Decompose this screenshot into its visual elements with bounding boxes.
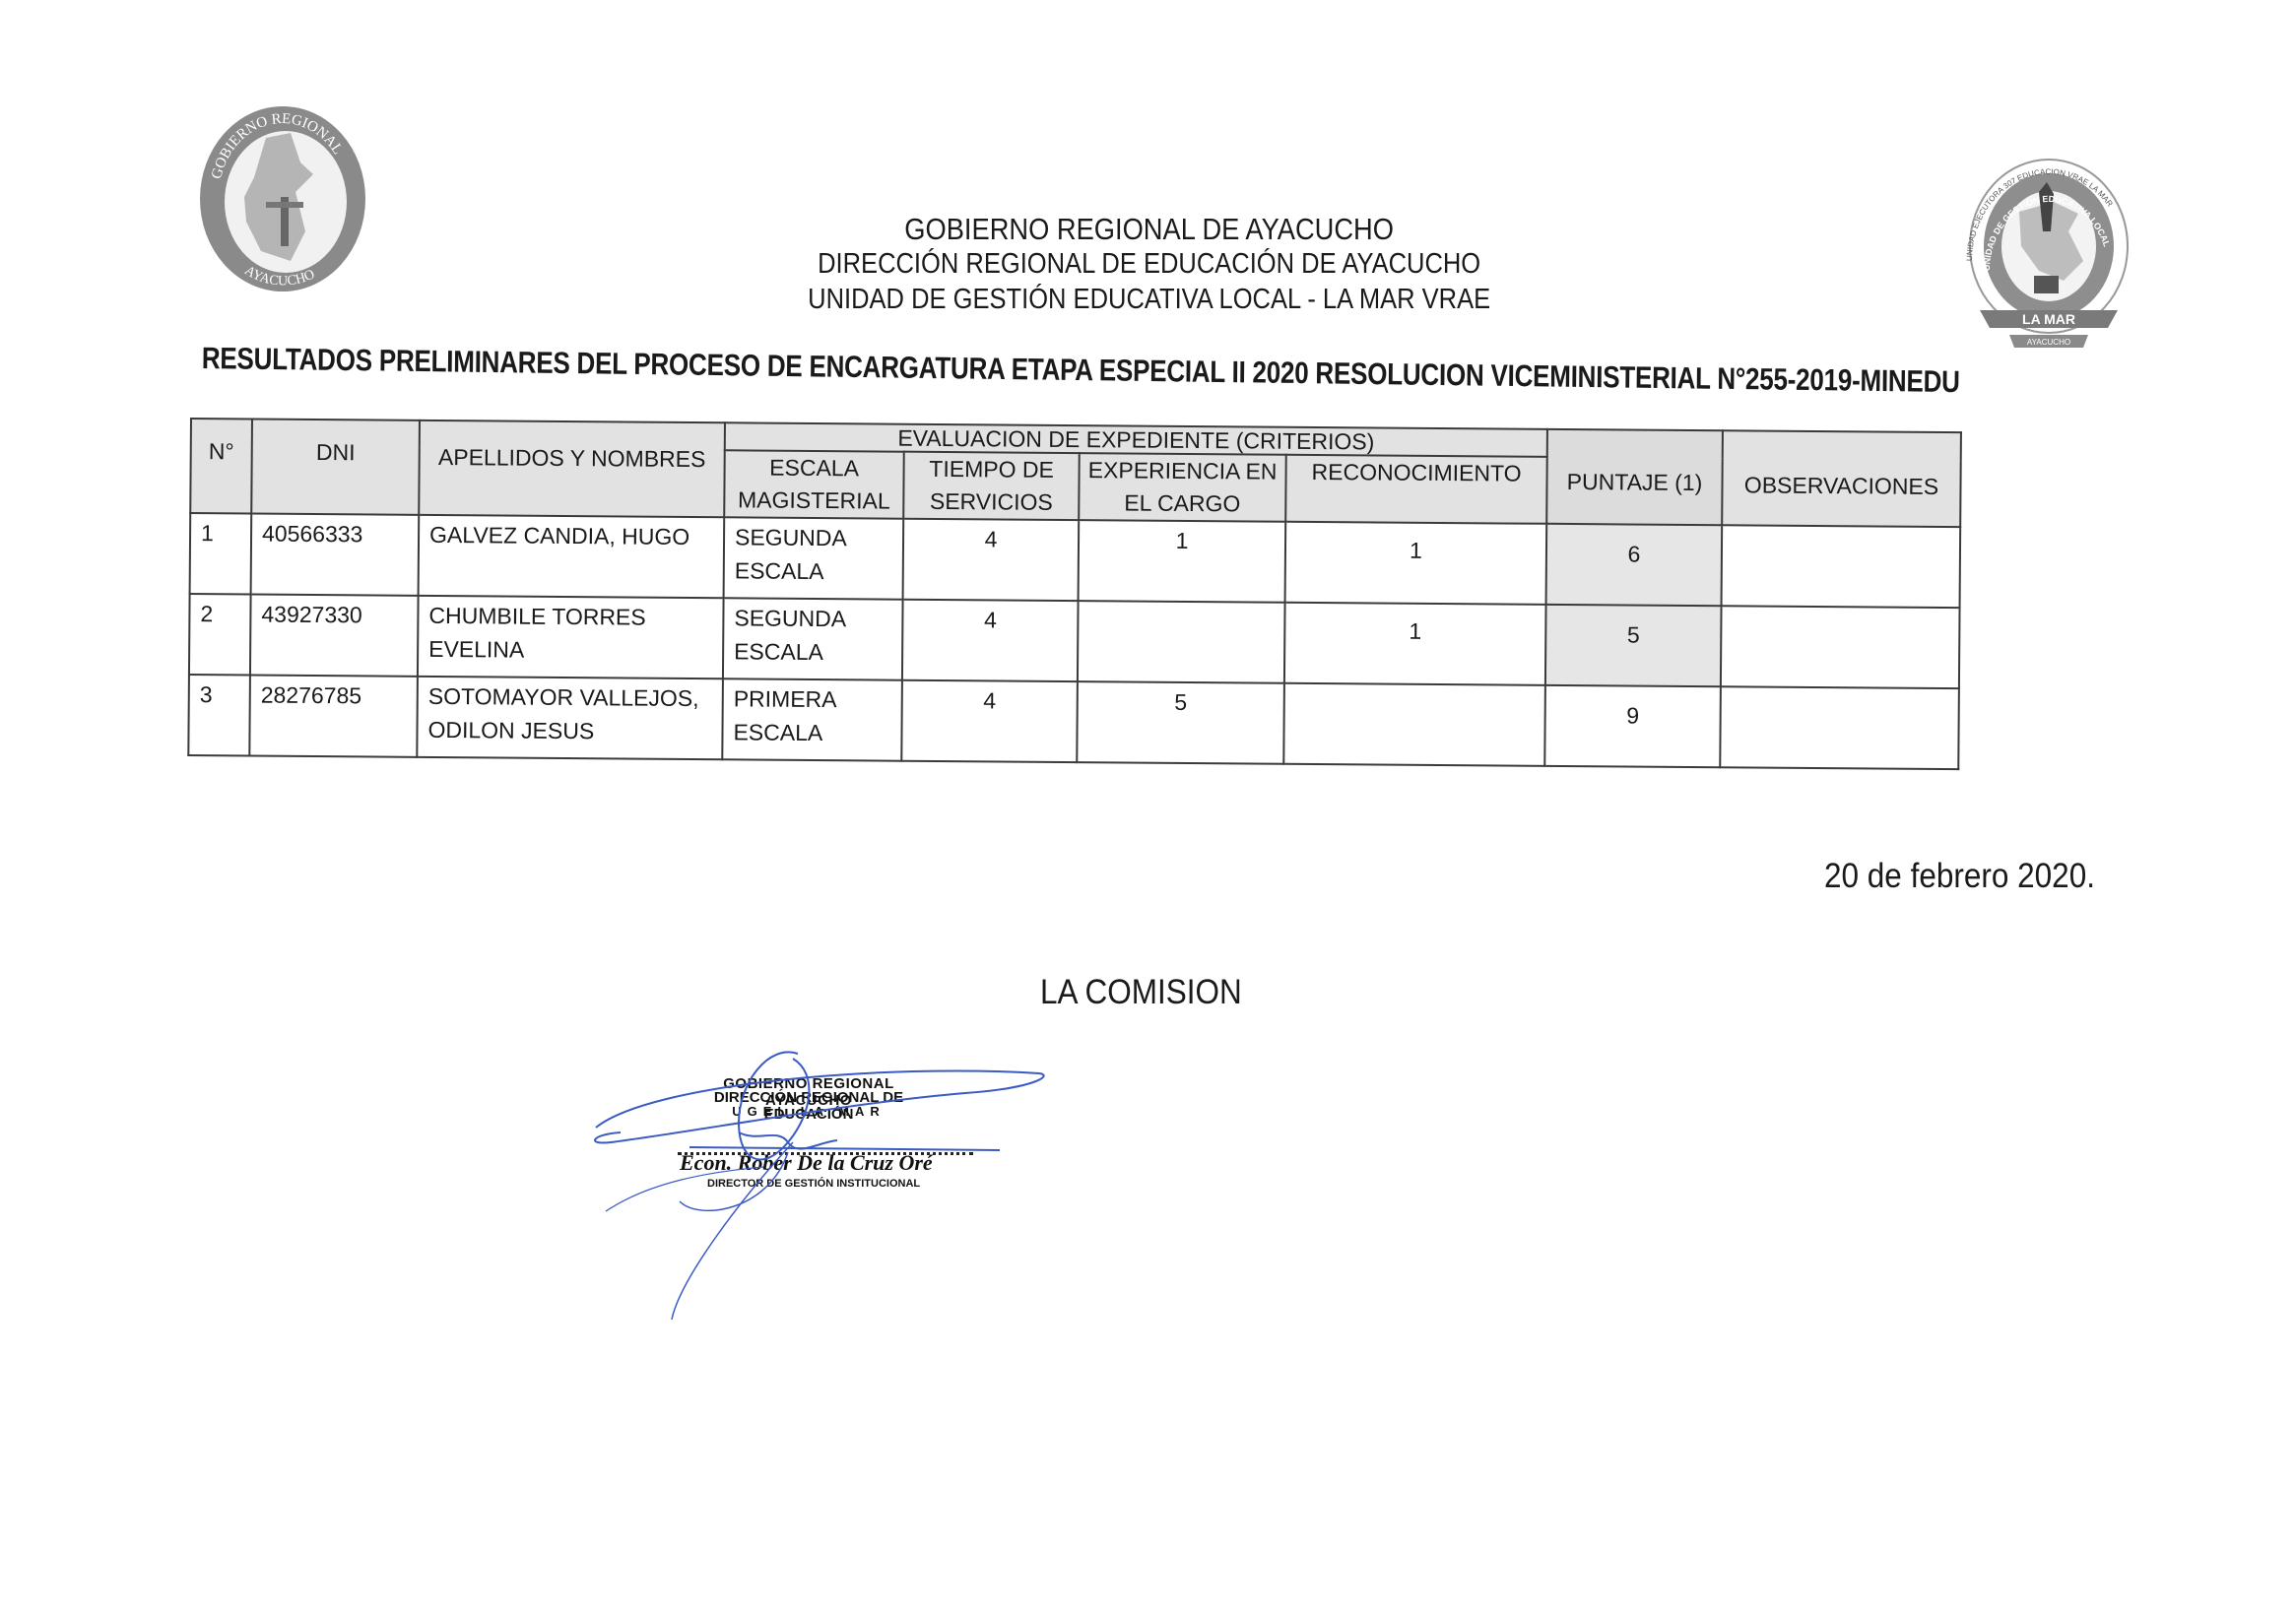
header-experiencia: EXPERIENCIA EN EL CARGO [1079,453,1286,522]
cell-num: 2 [189,594,251,675]
header-tiempo: TIEMPO DE SERVICIOS [903,452,1080,520]
header-name: APELLIDOS Y NOMBRES [419,420,725,517]
cell-escala: PRIMERA ESCALA [722,678,902,760]
cell-num: 1 [190,513,252,594]
header-escala: ESCALA MAGISTERIAL [724,450,904,518]
cell-observaciones [1720,686,1959,769]
header-observaciones: OBSERVACIONES [1722,430,1961,527]
cell-experiencia: 5 [1077,681,1284,764]
header-line-3: UNIDAD DE GESTIÓN EDUCATIVA LOCAL - LA M… [139,284,2159,316]
cell-tiempo: 4 [902,600,1079,681]
cell-puntaje: 6 [1546,524,1723,606]
cell-reconocimiento: 1 [1284,603,1546,685]
header-line-1: GOBIERNO REGIONAL DE AYACUCHO [139,212,2159,247]
cell-puntaje: 5 [1545,605,1722,686]
header-num: N° [190,419,252,513]
handwritten-signature-icon [591,1024,1064,1339]
header-line-2: DIRECCIÓN REGIONAL DE EDUCACIÓN DE AYACU… [139,248,2159,281]
cell-experiencia: 1 [1079,520,1286,603]
cell-experiencia [1078,601,1285,683]
commission-heading: LA COMISION [1040,973,1242,1012]
table-row: 1 40566333 GALVEZ CANDIA, HUGO SEGUNDA E… [190,513,1961,608]
logo-right-ribbon: AYACUCHO [2027,338,2070,347]
table-row: 2 43927330 CHUMBILE TORRES EVELINA SEGUN… [189,594,1960,688]
cell-name: SOTOMAYOR VALLEJOS, ODILON JESUS [417,677,723,759]
cell-num: 3 [188,675,250,755]
cell-name: CHUMBILE TORRES EVELINA [418,596,724,678]
signature-stamp: GOBIERNO REGIONAL AYACUCHO DIRECCIÓN REG… [591,1024,1064,1339]
cell-name: GALVEZ CANDIA, HUGO [419,515,725,598]
header-dni: DNI [251,419,420,514]
cell-dni: 28276785 [249,675,418,756]
document-date: 20 de febrero 2020. [1824,857,2095,896]
cell-observaciones [1721,606,1960,688]
cell-escala: SEGUNDA ESCALA [724,517,904,599]
table-row: 3 28276785 SOTOMAYOR VALLEJOS, ODILON JE… [188,675,1959,769]
document-title: RESULTADOS PRELIMINARES DEL PROCESO DE E… [202,341,1960,400]
cell-dni: 43927330 [250,594,419,676]
cell-escala: SEGUNDA ESCALA [723,598,903,679]
results-table: N° DNI APELLIDOS Y NOMBRES EVALUACION DE… [187,418,1962,770]
cell-reconocimiento [1283,683,1545,766]
cell-dni: 40566333 [251,513,420,595]
cell-observaciones [1722,525,1961,608]
results-table-container: N° DNI APELLIDOS Y NOMBRES EVALUACION DE… [187,418,1962,770]
cell-tiempo: 4 [903,519,1080,601]
cell-reconocimiento: 1 [1285,522,1547,605]
cell-puntaje: 9 [1544,685,1721,767]
header-puntaje: PUNTAJE (1) [1546,429,1723,525]
header-reconocimiento: RECONOCIMIENTO [1285,455,1547,524]
cell-tiempo: 4 [901,680,1078,762]
